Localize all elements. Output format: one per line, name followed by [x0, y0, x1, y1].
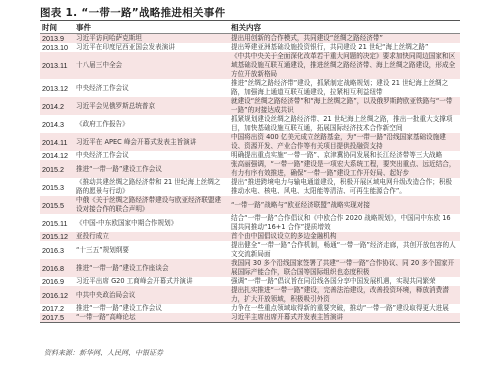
- row-content: 提出健全“一带一路”合作机制，畅通“一带一路”经济走廊，共创开放包容的人文交流新…: [229, 241, 460, 259]
- row-content: 结合“一带一路”合作倡议和《中欧合作 2020 战略规划》，中国同中东欧 16 …: [229, 214, 460, 232]
- row-date: 2014.11: [40, 133, 74, 151]
- row-content: 《中共中央关于全面深化改革若干重大问题的决定》要求加快同周边国家和区域基础设施互…: [229, 52, 460, 79]
- events-table: 时间 事件 相关内容 2013.9习近平访问哈萨克斯坦提出用创新的合作模式，共同…: [40, 22, 460, 322]
- row-content: 首个由中国倡议设立的多边金融机构: [229, 232, 460, 241]
- row-event: “一带一路”高峰论坛: [74, 313, 229, 322]
- table-row: 2015.5中俄《关于丝绸之路经济带建设与欧亚经济联盟建设对接合作的联合声明》“…: [40, 196, 460, 214]
- row-content: 张高丽强调，“一带一路”建设是一项宏大系统工程，要突出重点、远近结合，有力有序有…: [229, 160, 460, 178]
- row-content: 强调“一带一路”倡议旨在同沿线各国分享中国发展机遇，实现共同繁荣: [229, 277, 460, 286]
- table-row: 2013.9习近平访问哈萨克斯坦提出用创新的合作模式，共同建设“丝绸之路经济带”: [40, 34, 460, 44]
- row-content: 提出扎实推进“一带一路”建设，完善法治建设，改善投资环境，释放消费潜力，扩大开放…: [229, 286, 460, 304]
- row-event: 推进“一带一路”建设工作会议: [74, 160, 229, 178]
- table-row: 2015.11《中国-中东欧国家中期合作规划》结合“一带一路”合作倡议和《中欧合…: [40, 214, 460, 232]
- row-content: “一带一路”战略与“欧亚经济联盟”战略实现对接: [229, 196, 460, 214]
- table-row: 2014.2习近平会见俄罗斯总统普京就建设“丝绸之路经济带”和“海上丝绸之路”，…: [40, 97, 460, 115]
- row-content: 中国将出资 400 亿美元成立丝路基金，为“一带一路”沿线国家基础设施建设、资源…: [229, 133, 460, 151]
- row-event: 十八届三中全会: [74, 52, 229, 79]
- table-header-row: 时间 事件 相关内容: [40, 22, 460, 34]
- source-note: 资料来源：新华网、人民网、中银证券: [44, 348, 163, 358]
- header-event: 事件: [74, 22, 229, 34]
- row-date: 2015.11: [40, 214, 74, 232]
- row-content: 就建设“丝绸之路经济带”和“海上丝绸之路”，以及俄罗斯跨欧亚铁路与“一带一路”的…: [229, 97, 460, 115]
- table-row: 2016.8推进“一带一路”建设工作座谈会我国同 30 多个沿线国家签署了共建“…: [40, 259, 460, 277]
- row-event: 推进“一带一路”建设工作会议: [74, 304, 229, 313]
- table-row: 2015.3《推动共建丝绸之路经济带和 21 世纪海上丝绸之路的愿景与行动》提出…: [40, 178, 460, 196]
- table-row: 2013.11十八届三中全会《中共中央关于全面深化改革若干重大问题的决定》要求加…: [40, 52, 460, 79]
- header-date: 时间: [40, 22, 74, 34]
- table-row: 2013.12中央经济工作会议推进“丝绸之路经济带”建设，抓紧制定战略规划；建设…: [40, 79, 460, 97]
- table-row: 2017.5“一带一路”高峰论坛习近平主席出席开幕式并发表主旨演讲: [40, 313, 460, 322]
- row-event: 《政府工作报告》: [74, 115, 229, 133]
- row-event: 习近平在印度尼西亚国会发表演讲: [74, 43, 229, 52]
- row-event: 习近平出席 G20 工商峰会开幕式并演讲: [74, 277, 229, 286]
- row-event: 习近平会见俄罗斯总统普京: [74, 97, 229, 115]
- row-date: 2016.8: [40, 259, 74, 277]
- header-content: 相关内容: [229, 22, 460, 34]
- row-content: 提出用创新的合作模式，共同建设“丝绸之路经济带”: [229, 34, 460, 44]
- row-date: 2013.9: [40, 34, 74, 44]
- row-date: 2015.5: [40, 196, 74, 214]
- row-content: 抓紧规划建设丝绸之路经济带、21 世纪海上丝绸之路，推出一批重大支撑项目，加快基…: [229, 115, 460, 133]
- title-divider: [40, 20, 460, 21]
- row-event: 习近平访问哈萨克斯坦: [74, 34, 229, 44]
- table-row: 2016.9习近平出席 G20 工商峰会开幕式并演讲强调“一带一路”倡议旨在同沿…: [40, 277, 460, 286]
- row-date: 2013.10: [40, 43, 74, 52]
- row-event: 习近平在 APEC 峰会开幕式发表主旨演讲: [74, 133, 229, 151]
- row-content: 明确提出重点实施“一带一路”、京津冀协同发展和长江经济带等三大战略: [229, 151, 460, 160]
- row-date: 2017.2: [40, 304, 74, 313]
- row-date: 2014.3: [40, 115, 74, 133]
- document-page: 图表 1. “一带一路”战略推进相关事件 时间 事件 相关内容 2013.9习近…: [0, 0, 499, 373]
- table-row: 2013.10习近平在印度尼西亚国会发表演讲提出筹建亚洲基础设施投资银行，共同建…: [40, 43, 460, 52]
- row-date: 2016.9: [40, 277, 74, 286]
- row-event: “十三五”规划纲要: [74, 241, 229, 259]
- row-content: 提出“推进跨境电力与输电通道建设，积极开展区域电网升级改造合作；积极推动水电、核…: [229, 178, 460, 196]
- figure-title: 图表 1. “一带一路”战略推进相关事件: [40, 5, 225, 20]
- row-date: 2015.3: [40, 178, 74, 196]
- row-event: 中央经济工作会议: [74, 79, 229, 97]
- row-date: 2013.11: [40, 52, 74, 79]
- row-content: 提出筹建亚洲基础设施投资银行，共同建设 21 世纪“海上丝绸之路”: [229, 43, 460, 52]
- row-event: 《推动共建丝绸之路经济带和 21 世纪海上丝绸之路的愿景与行动》: [74, 178, 229, 196]
- table-row: 2014.11习近平在 APEC 峰会开幕式发表主旨演讲中国将出资 400 亿美…: [40, 133, 460, 151]
- row-content: 我国同 30 多个沿线国家签署了共建“一带一路”合作协议、同 20 多个国家开展…: [229, 259, 460, 277]
- table-row: 2016.3“十三五”规划纲要提出健全“一带一路”合作机制，畅通“一带一路”经济…: [40, 241, 460, 259]
- table-row: 2014.3《政府工作报告》抓紧规划建设丝绸之路经济带、21 世纪海上丝绸之路，…: [40, 115, 460, 133]
- row-date: 2015.12: [40, 232, 74, 241]
- row-event: 推进“一带一路”建设工作座谈会: [74, 259, 229, 277]
- row-event: 亚投行成立: [74, 232, 229, 241]
- row-event: 中共中央政治局会议: [74, 286, 229, 304]
- table-row: 2014.12中央经济工作会议明确提出重点实施“一带一路”、京津冀协同发展和长江…: [40, 151, 460, 160]
- row-date: 2014.2: [40, 97, 74, 115]
- row-date: 2017.5: [40, 313, 74, 322]
- row-date: 2016.3: [40, 241, 74, 259]
- table-row: 2017.2推进“一带一路”建设工作会议力争在一些重点领域取得新的重要突破，推动…: [40, 304, 460, 313]
- row-date: 2013.12: [40, 79, 74, 97]
- table-row: 2015.12亚投行成立首个由中国倡议设立的多边金融机构: [40, 232, 460, 241]
- row-event: 中央经济工作会议: [74, 151, 229, 160]
- row-content: 习近平主席出席开幕式并发表主旨演讲: [229, 313, 460, 322]
- table-row: 2016.12中共中央政治局会议提出扎实推进“一带一路”建设，完善法治建设，改善…: [40, 286, 460, 304]
- row-event: 《中国-中东欧国家中期合作规划》: [74, 214, 229, 232]
- table-bottom-divider: [40, 322, 460, 323]
- row-content: 力争在一些重点领域取得新的重要突破，推动“一带一路”建设取得更大进展: [229, 304, 460, 313]
- row-content: 推进“丝绸之路经济带”建设，抓紧制定战略规划；建设 21 世纪海上丝绸之路，加强…: [229, 79, 460, 97]
- table-row: 2015.2推进“一带一路”建设工作会议张高丽强调，“一带一路”建设是一项宏大系…: [40, 160, 460, 178]
- row-date: 2015.2: [40, 160, 74, 178]
- row-date: 2016.12: [40, 286, 74, 304]
- row-date: 2014.12: [40, 151, 74, 160]
- row-event: 中俄《关于丝绸之路经济带建设与欧亚经济联盟建设对接合作的联合声明》: [74, 196, 229, 214]
